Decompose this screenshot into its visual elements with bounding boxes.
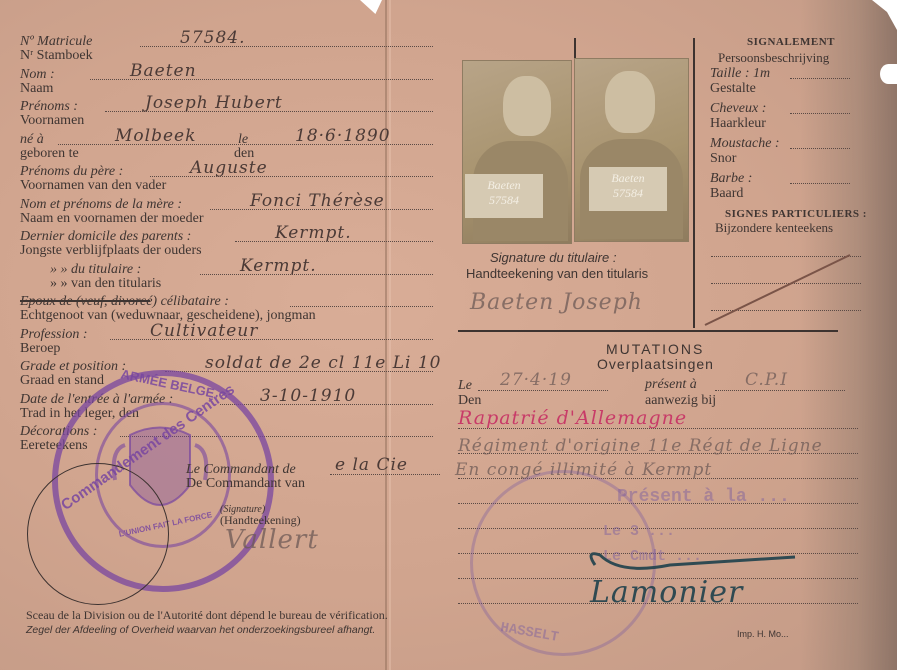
field-label-nl: Graad en stand (20, 373, 104, 388)
field-value: Molbeek (115, 126, 196, 146)
field-value: Baeten (130, 61, 197, 81)
signalement-label-nl: Snor (710, 151, 736, 166)
field-label-nl: Naam (20, 81, 53, 96)
field-value: Kermpt. (240, 256, 317, 276)
photo-label-number: 57584 (489, 193, 519, 207)
signalement-label-fr: Cheveux : (710, 101, 766, 116)
commandant-signature: Vallert (225, 525, 319, 555)
holder-signature: Baeten Joseph (470, 290, 643, 315)
present-label-nl: aanwezig bij (645, 393, 716, 408)
printer-imprint: Imp. H. Mo... (737, 627, 789, 642)
field-value: Kermpt. (275, 223, 352, 243)
signalement-dotted-line (790, 183, 850, 184)
mutation-entry-2: Régiment d'origine 11e Régt de Ligne (458, 436, 823, 456)
field-value-secondary: 18·6·1890 (295, 126, 391, 146)
field-label-fr: Prénoms du père : (20, 164, 123, 179)
present-value: C.P.I (745, 370, 788, 390)
signalement-dotted-line (790, 113, 850, 114)
field-label-nl: geboren te (20, 146, 79, 161)
field-label-fr: » » du titulaire : (50, 262, 141, 277)
particular-signs-nl: Bijzondere kenteekens (715, 220, 833, 235)
photo-label-name: Baeten (611, 171, 644, 185)
strike-through (20, 300, 150, 302)
mutation-date: 27·4·19 (500, 370, 572, 390)
field-value: 3-10-1910 (260, 386, 356, 406)
field-value: Joseph Hubert (145, 93, 283, 113)
holder-signature-label-nl: Handteekening van den titularis (466, 266, 648, 281)
commandant-value: e la Cie (335, 455, 408, 475)
photo-profile: Baeten57584 (462, 60, 572, 244)
field-label-fr: Grade et position : (20, 359, 126, 374)
worn-edge (800, 0, 897, 670)
torn-edge (880, 64, 897, 84)
section-divider (458, 330, 838, 332)
seal-caption-fr: Sceau de la Division ou de l'Autorité do… (26, 608, 388, 623)
center-fold (385, 0, 387, 670)
signalement-dotted-line (790, 148, 850, 149)
field-label-nl: Beroep (20, 341, 60, 356)
present-label-fr: présent à (645, 377, 697, 392)
field-dotted-line (290, 306, 433, 307)
signature-flourish (580, 545, 800, 585)
seal-placeholder-circle (27, 463, 169, 605)
mutations-title-nl: Overplaatsingen (597, 357, 714, 372)
commandant-label-fr: Le Commandant de (186, 462, 296, 477)
signalement-label-nl: Gestalte (710, 81, 756, 96)
mutations-title-fr: MUTATIONS (606, 342, 704, 357)
photo-label-name: Baeten (487, 178, 520, 192)
signalement-dotted-line (790, 78, 850, 79)
commandant-label-nl: De Commandant van (186, 476, 305, 491)
field-label-fr-secondary: le (238, 132, 248, 147)
field-label-fr: Epoux de (veuf, divorcé) célibataire : (20, 294, 229, 309)
field-value: 57584. (180, 28, 245, 48)
field-value: Fonci Thérèse (250, 191, 385, 211)
mutation-le-fr: Le (458, 378, 472, 393)
signalement-label-fr: Barbe : (710, 171, 752, 186)
signalement-title-nl: Persoonsbeschrijving (718, 50, 829, 65)
field-label-nl: » » van den titularis (50, 276, 161, 291)
field-label-fr: Nom et prénoms de la mère : (20, 197, 182, 212)
field-value: Auguste (190, 158, 268, 178)
mutation-date-line (478, 390, 608, 391)
signalement-label-fr: Moustache : (710, 136, 780, 151)
field-label-nl: Voornamen (20, 113, 84, 128)
field-label-fr: Nº Matricule (20, 34, 92, 49)
present-line (715, 390, 845, 391)
strike-through-line (700, 250, 860, 330)
mutation-entry-1: Rapatrié d'Allemagne (458, 407, 687, 429)
ghost-stamp-line-1: Présent à la ... (617, 487, 790, 507)
field-label-fr: Profession : (20, 327, 88, 342)
mutation-le-nl: Den (458, 393, 481, 408)
field-label-fr: né à (20, 132, 44, 147)
holder-signature-label-fr: Signature du titulaire : (490, 250, 616, 265)
signalement-divider (693, 38, 695, 328)
field-value: Cultivateur (150, 321, 258, 341)
field-label-fr: Dernier domicile des parents : (20, 229, 191, 244)
field-label-nl: Jongste verblijfplaats der ouders (20, 243, 202, 258)
field-value: soldat de 2e cl 11e Li 10 (205, 353, 442, 373)
signalement-title-fr: SIGNALEMENT (747, 35, 835, 50)
seal-caption-nl: Zegel der Afdeeling of Overheid waarvan … (26, 623, 375, 638)
field-label-nl: Nʳ Stamboek (20, 48, 93, 63)
field-label-nl: Voornamen van den vader (20, 178, 166, 193)
field-label-nl: Naam en voornamen der moeder (20, 211, 203, 226)
field-label-fr: Prénoms : (20, 99, 78, 114)
photo-front: Baeten57584 (574, 58, 689, 242)
field-label-fr: Nom : (20, 67, 55, 82)
signalement-label-nl: Haarkleur (710, 116, 766, 131)
signalement-label-nl: Baard (710, 186, 743, 201)
signalement-label-fr: Taille : 1m (710, 66, 770, 81)
photo-label-number: 57584 (613, 186, 643, 200)
